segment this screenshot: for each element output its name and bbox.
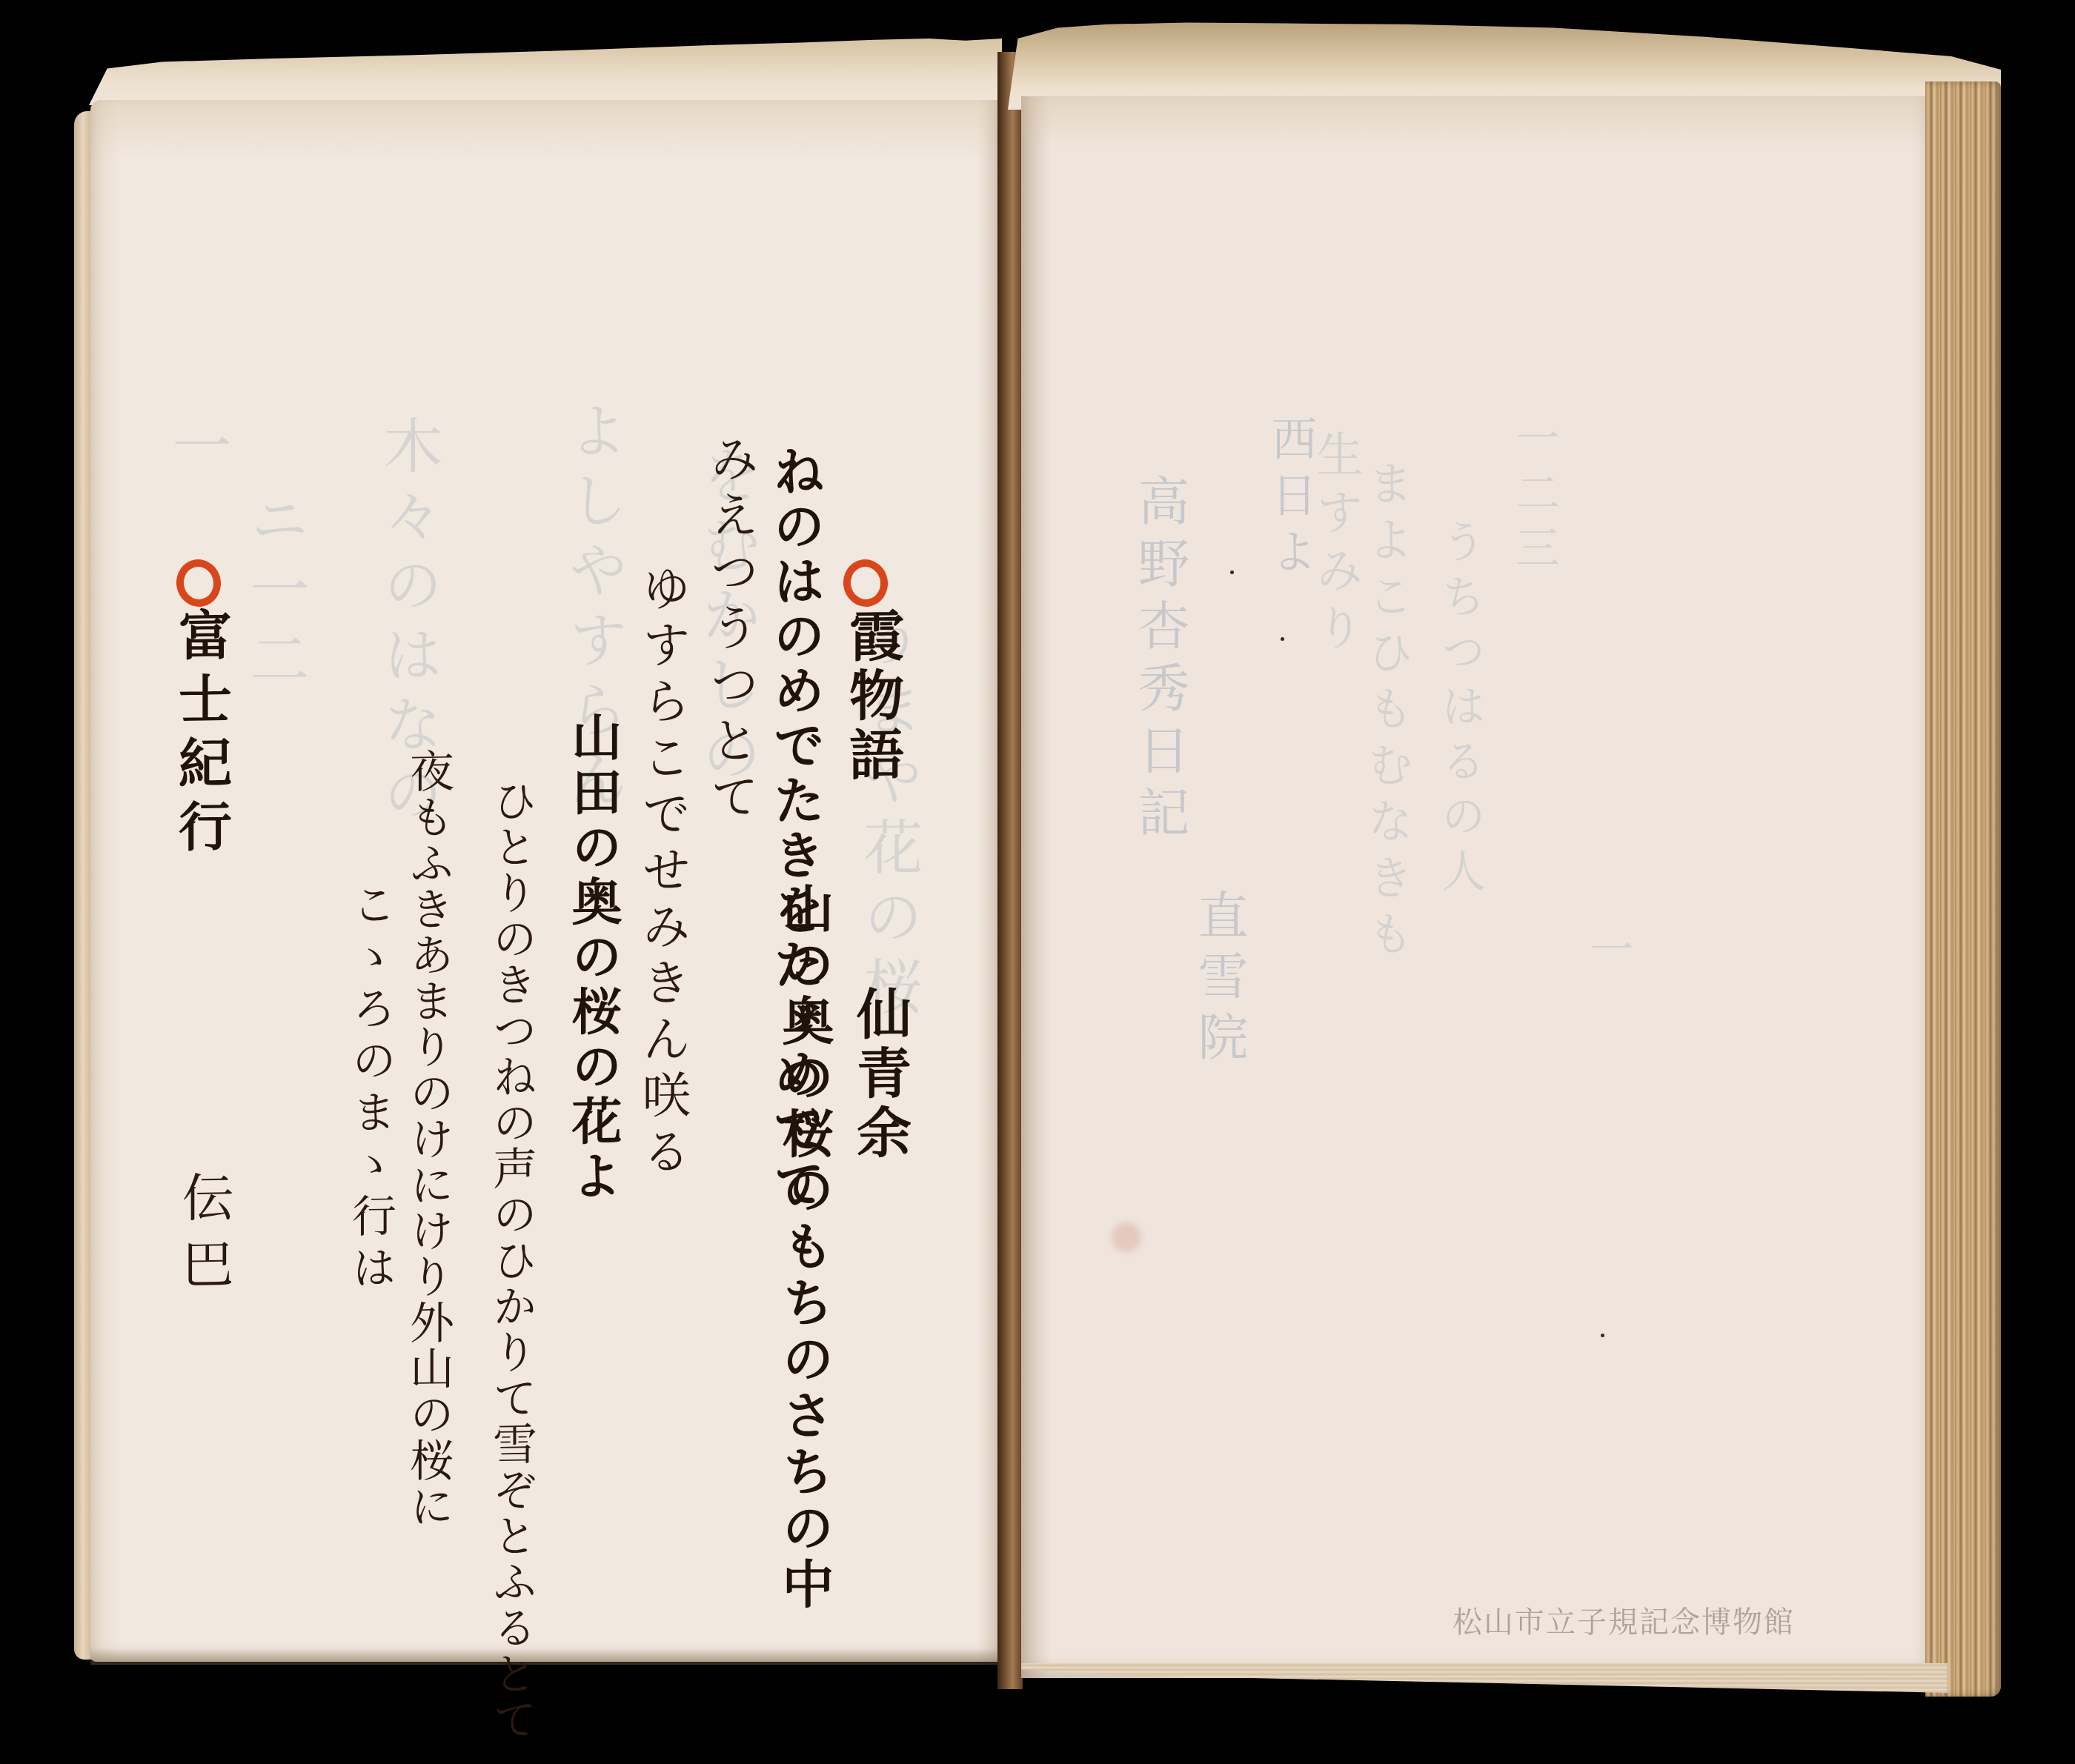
entry-title: 霞物語: [845, 607, 900, 785]
text-column-1b: 山の奥の桜のもちのさちの中: [778, 881, 830, 1614]
paper-speck: [1230, 570, 1234, 574]
photo-stage: うまや花の桜 をむかしの よしやすらん 木々のはなの ニ一二 一 霞物語 仙青余…: [0, 0, 2075, 1764]
paper-speck: [1281, 637, 1284, 641]
bleed-through-text: 直雪院: [1193, 889, 1244, 1071]
entry-title: 富士紀行: [174, 607, 228, 862]
text-column-3: ゆすらこでせみきん咲る: [637, 562, 686, 1182]
entry-author: 仙青余: [852, 985, 907, 1163]
right-page-bottom-edge: [1021, 1663, 1948, 1693]
book-gutter: [997, 52, 1023, 1689]
bleed-through-text: うちつはるの人: [1438, 519, 1482, 902]
right-fore-edge: [1925, 81, 2001, 1697]
paper-speck: [1601, 1334, 1604, 1337]
bleed-through-text: まよこひもむなきも: [1364, 459, 1410, 966]
paper-stain: [1112, 1222, 1141, 1252]
text-column-5: ひとりのきつねの声のひかりて雪ぞとふるとて: [489, 777, 534, 1743]
entry-author: 伝巴: [178, 1170, 230, 1304]
text-column-4: 山田の奥の桜の花よ: [568, 710, 618, 1205]
text-column-6: 夜もふきあまりのけにけり外山の桜に: [406, 748, 451, 1529]
bleed-through-text: 生すみり: [1312, 430, 1359, 661]
bleed-through-text: 西日よ: [1267, 415, 1313, 584]
bleed-through-text: 一二三: [1512, 415, 1556, 579]
left-page-bottom-edge: [90, 1648, 999, 1665]
museum-watermark: 松山市立子規記念博物館: [1452, 1599, 1795, 1641]
bleed-through-text: 一: [1586, 926, 1630, 981]
bleed-through-text: 一: [167, 415, 226, 485]
open-manuscript-book: うまや花の桜 をむかしの よしやすらん 木々のはなの ニ一二 一 霞物語 仙青余…: [0, 0, 2075, 1764]
text-column-7: こゝろのまゝ行は: [348, 881, 393, 1297]
left-page-top-edge: [89, 39, 1002, 105]
bleed-through-text: 高野杏秀日記: [1134, 474, 1186, 848]
bleed-through-text: ニ一二: [245, 489, 304, 698]
text-column-2: みえつうつとて: [705, 433, 754, 828]
